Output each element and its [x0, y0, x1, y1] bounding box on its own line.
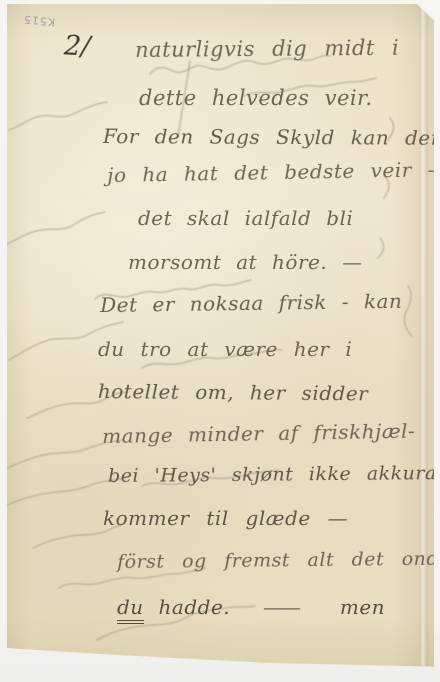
bleedthrough-mark [404, 286, 412, 336]
handwriting-line: bei 'Heys' skjønt ikke akkurat [108, 462, 440, 487]
page-number: 2/ [63, 30, 91, 62]
long-dash-stroke: —— [263, 595, 299, 619]
handwriting-line: du tro at være her i [98, 337, 352, 361]
handwriting-line: kommer til glæde — [103, 506, 348, 530]
handwriting-line-last: du hadde. —— men [117, 595, 385, 619]
handwriting-line: For den Sags Skyld kan der [103, 124, 440, 150]
handwriting-line: först og fremst alt det onde [117, 548, 440, 573]
underlined-word: du [117, 595, 144, 624]
last-line-tail: men [340, 595, 385, 619]
bleedthrough-mark [9, 102, 107, 130]
bleedthrough-mark [7, 212, 105, 244]
handwriting-line: naturligvis dig midt i [135, 36, 399, 62]
letter-page: K515 2/ naturligvis dig midt i dette hel… [7, 4, 434, 668]
handwriting-line: hotellet om, her sidder [98, 379, 369, 405]
scanned-letter: K515 2/ naturligvis dig midt i dette hel… [0, 0, 440, 682]
last-line-text: hadde. [159, 595, 231, 619]
handwriting-line: morsomt at höre. — [128, 250, 363, 274]
bleedthrough-mark [378, 238, 384, 258]
handwriting-line: Det er noksaa frisk - kan [100, 289, 402, 317]
handwriting-line: det skal ialfald bli [138, 206, 353, 230]
handwriting-line: dette helvedes veir. [139, 86, 373, 110]
